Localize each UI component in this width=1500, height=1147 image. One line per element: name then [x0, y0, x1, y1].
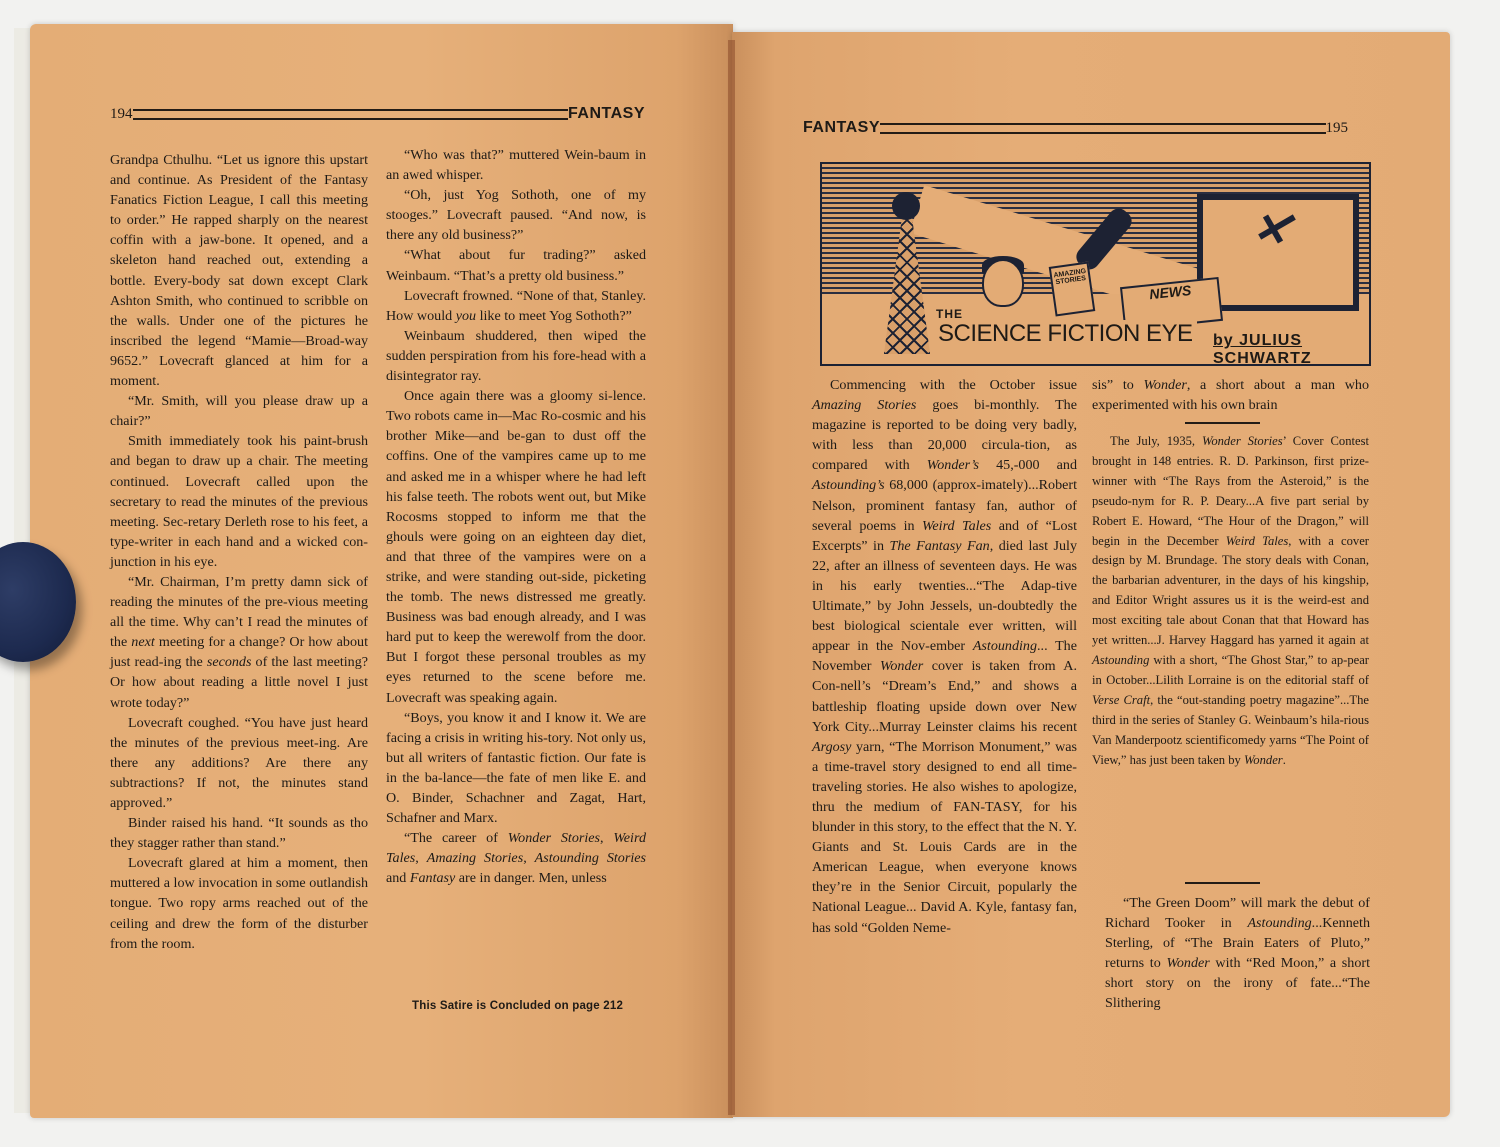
paragraph: Smith immediately took his paint-brush a… [110, 431, 368, 572]
paragraph: “Mr. Chairman, I’m pretty damn sick of r… [110, 572, 368, 713]
paragraph: sis” to Wonder, a short about a man who … [1092, 375, 1369, 415]
paragraph: Commencing with the October issue Amazin… [812, 375, 1077, 938]
searchlight-lamp-icon [892, 192, 920, 220]
right-column-2-top: sis” to Wonder, a short about a man who … [1092, 375, 1369, 415]
paragraph: Lovecraft coughed. “You have just heard … [110, 713, 368, 813]
paragraph: Lovecraft glared at him a moment, then m… [110, 853, 368, 953]
left-magazine-title: FANTASY [568, 106, 645, 122]
paragraph: “Mr. Smith, will you please draw up a ch… [110, 391, 368, 431]
paragraph: Lovecraft frowned. “None of that, Stanle… [386, 286, 646, 326]
paragraph: “The career of Wonder Stories, Weird Tal… [386, 828, 646, 888]
paragraph: Once again there was a gloomy si-lence. … [386, 386, 646, 708]
paragraph: “Boys, you know it and I know it. We are… [386, 708, 646, 829]
header-rule [133, 109, 569, 120]
boy-reader-figure [982, 259, 1024, 307]
column-byline: by JULIUS SCHWARTZ [1207, 332, 1369, 366]
section-divider [1185, 882, 1260, 884]
paragraph: “Oh, just Yog Sothoth, one of my stooges… [386, 185, 646, 245]
paragraph: “Who was that?” muttered Wein-baum in an… [386, 145, 646, 185]
continuation-note: This Satire is Concluded on page 212 [412, 1000, 623, 1012]
paragraph: “The Green Doom” will mark the debut of … [1105, 893, 1370, 1014]
movie-screen [1197, 194, 1359, 311]
right-magazine-title: FANTASY [803, 120, 880, 136]
right-column-1: Commencing with the October issue Amazin… [812, 375, 1077, 938]
right-page-number: 195 [1326, 121, 1349, 136]
left-running-head: 194 FANTASY [110, 106, 645, 122]
right-running-head: FANTASY 195 [803, 120, 1348, 136]
paragraph: Weinbaum shuddered, then wiped the sudde… [386, 326, 646, 386]
column-title: SCIENCE FICTION EYE [934, 320, 1197, 348]
left-page-number: 194 [110, 107, 133, 122]
paragraph: Binder raised his hand. “It sounds as th… [110, 813, 368, 853]
section-divider [1185, 422, 1260, 424]
paragraph: The July, 1935, Wonder Stories’ Cover Co… [1092, 432, 1369, 770]
amazing-stories-magazine-sign: AMAZING STORIES [1049, 261, 1096, 316]
header-rule [880, 123, 1326, 134]
right-column-2-middle: The July, 1935, Wonder Stories’ Cover Co… [1092, 432, 1369, 770]
paragraph: Grandpa Cthulhu. “Let us ignore this ups… [110, 150, 368, 391]
left-column-2: “Who was that?” muttered Wein-baum in an… [386, 145, 646, 888]
gutter-fold [728, 40, 735, 1115]
science-fiction-eye-header-illustration: AMAZING STORIES NEWS THE SCIENCE FICTION… [820, 162, 1371, 366]
left-column-1: Grandpa Cthulhu. “Let us ignore this ups… [110, 150, 368, 954]
right-column-2-bottom: “The Green Doom” will mark the debut of … [1105, 893, 1370, 1014]
column-title-prefix: THE [934, 307, 965, 321]
paragraph: “What about fur trading?” asked Weinbaum… [386, 245, 646, 285]
